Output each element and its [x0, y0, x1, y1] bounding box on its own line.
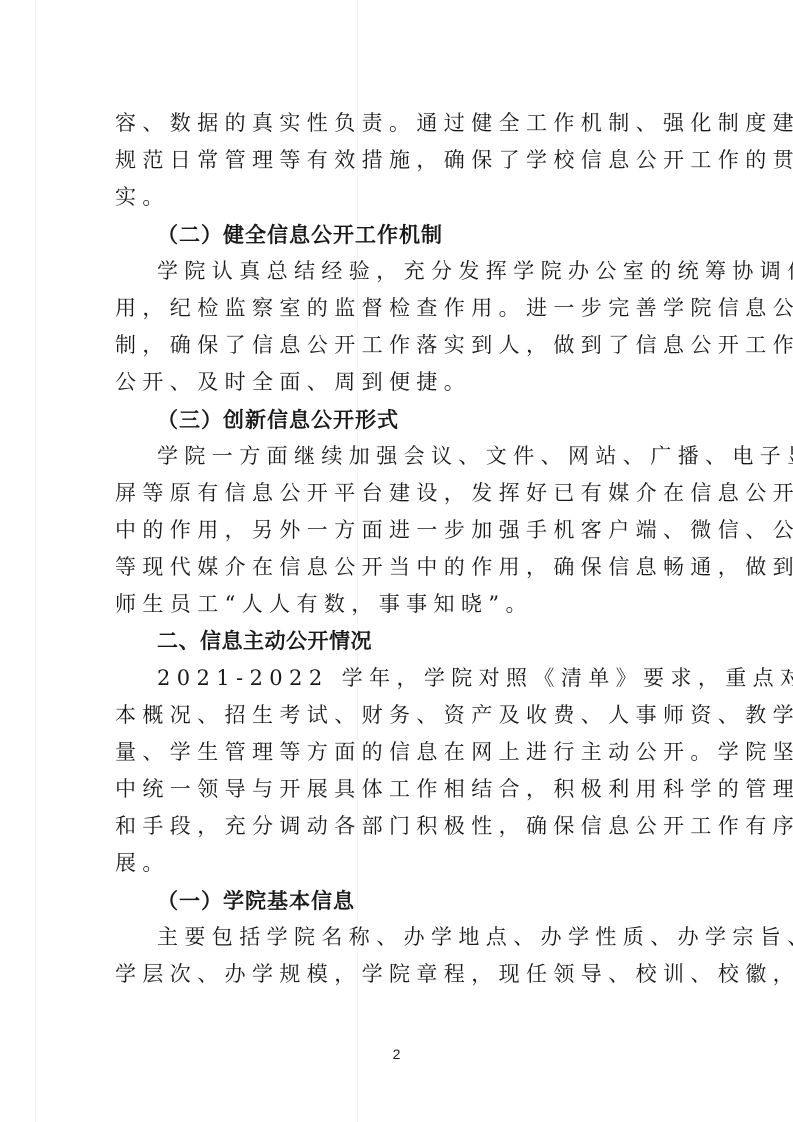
document-page: 容、数据的真实性负责。通过健全工作机制、强化制度建设、 规范日常管理等有效措施，… [0, 0, 793, 1122]
paragraph-first-line: 主要包括学院名称、办学地点、办学性质、办学宗旨、办 [157, 919, 793, 956]
text-line: 学层次、办学规模，学院章程，现任领导、校训、校徽，内部 [115, 956, 793, 993]
text-line: 公开、及时全面、周到便捷。 [115, 364, 471, 401]
text-line: 师生员工“人人有数，事事知晓”。 [115, 586, 533, 623]
chapter-heading: 二、信息主动公开情况 [157, 623, 372, 660]
text-line: 中的作用，另外一方面进一步加强手机客户端、微信、公众号 [115, 512, 793, 549]
text-line: 规范日常管理等有效措施，确保了学校信息公开工作的贯彻落 [115, 142, 793, 179]
text-line: 等现代媒介在信息公开当中的作用，确保信息畅通，做到广大 [115, 549, 793, 586]
text-line: 制，确保了信息公开工作落实到人，做到了信息公开工作依法 [115, 327, 793, 364]
paragraph-first-line: 学院认真总结经验，充分发挥学院办公室的统筹协调作 [157, 253, 793, 290]
page-number: 2 [0, 1046, 793, 1062]
section-heading: （一）学院基本信息 [157, 882, 355, 919]
text-line: 和手段，充分调动各部门积极性，确保信息公开工作有序开 [115, 808, 793, 845]
paragraph-first-line: 2021-2022 学年，学院对照《清单》要求，重点对学院基 [157, 660, 793, 697]
text-line: 容、数据的真实性负责。通过健全工作机制、强化制度建设、 [115, 105, 793, 142]
text-line: 屏等原有信息公开平台建设，发挥好已有媒介在信息公开过程 [115, 475, 793, 512]
text-line: 用，纪检监察室的监督检查作用。进一步完善学院信息公开体 [115, 290, 793, 327]
section-heading: （三）创新信息公开形式 [157, 401, 399, 438]
text-line: 展。 [115, 845, 170, 882]
text-line: 实。 [115, 179, 170, 216]
section-heading: （二）健全信息公开工作机制 [157, 216, 443, 253]
text-line: 中统一领导与开展具体工作相结合，积极利用科学的管理方法 [115, 771, 793, 808]
paragraph-first-line: 学院一方面继续加强会议、文件、网站、广播、电子显示 [157, 438, 793, 475]
text-line: 本概况、招生考试、财务、资产及收费、人事师资、教学质 [115, 697, 793, 734]
text-line: 量、学生管理等方面的信息在网上进行主动公开。学院坚持集 [115, 734, 793, 771]
